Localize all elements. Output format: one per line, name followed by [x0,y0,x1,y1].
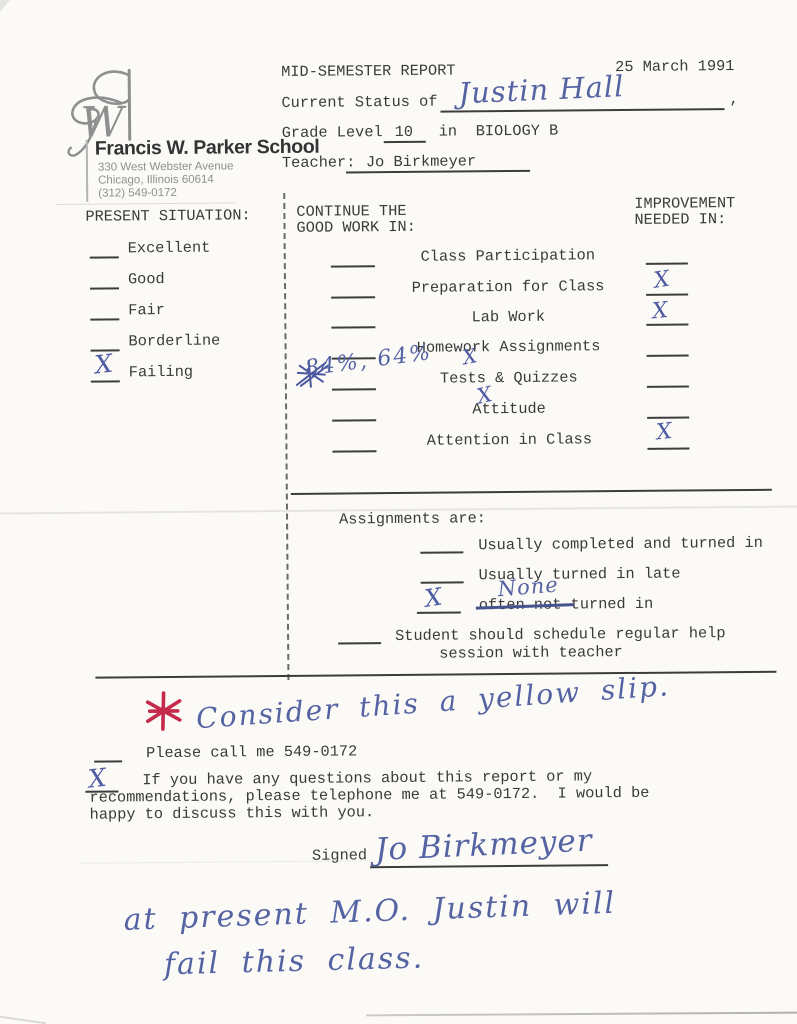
often-not-check-mark: X [423,583,444,613]
checkbox-line [338,630,381,644]
checkbox-line [94,748,122,762]
continue-heading-line2: GOOD WORK IN: [296,219,415,236]
grade-conjunction: in [439,123,457,139]
improvement-line [647,342,689,356]
improvement-check-mark: X [655,419,673,446]
assignment-option: Usually completed and turned in [478,535,763,553]
skill-label: Attention in Class [384,431,634,449]
grade-level-value: 10 [395,124,413,140]
footer-note-line1: at present M.O. Justin will [123,886,617,938]
skill-label: Lab Work [383,308,633,326]
school-address-line: 330 West Webster Avenue [98,160,234,173]
questions-text-line3: happy to discuss this with you. [90,804,375,822]
red-asterisk-icon [144,690,184,732]
course-name: BIOLOGY B [476,123,559,140]
section-rule-bottom [95,671,776,679]
checkbox-line [421,569,464,583]
footer-note-line2: fail this class. [164,941,425,983]
good-work-line [331,314,375,328]
after-name-comma: , [729,91,738,107]
good-work-line [332,438,376,452]
signed-label: Signed [312,847,367,863]
improvement-line [647,373,689,387]
option-fair: Fair [128,302,165,318]
skill-label: Preparation for Class [383,278,633,296]
present-situation-heading: PRESENT SITUATION: [85,207,250,224]
skill-label: Tests & Quizzes [384,369,634,387]
checkbox-line [420,539,463,553]
good-work-line [332,376,376,390]
checkbox-line [90,304,119,320]
good-work-line [332,407,376,421]
improvement-heading-line2: NEEDED IN: [634,211,726,228]
none-note: None [497,573,560,602]
assignments-heading: Assignments are: [339,510,486,527]
yellow-slip-note: Consider this a yellow slip. [195,669,671,735]
section-rule-top [291,489,772,495]
report-title: MID-SEMESTER REPORT [281,62,456,80]
scanned-report-page: W Francis W. Parker School 330 West Webs… [0,0,797,1024]
assignment-option-line2: session with teacher [439,644,623,662]
improvement-line [646,250,688,264]
assignment-option-line1: Student should schedule regular help [395,625,726,644]
please-call-option: Please call me 549-0172 [146,743,357,761]
option-excellent: Excellent [128,240,211,257]
teacher-name: Jo Birkmeyer [366,153,476,170]
skill-label: Class Participation [383,247,633,265]
school-phone: (312) 549-0172 [98,187,177,200]
checkbox-line [90,242,119,258]
rest-text: turned in [561,595,653,614]
improvement-line [647,404,689,418]
good-work-line [331,253,375,267]
school-address-line: Chicago, Illinois 60614 [98,174,214,187]
grade-level-label: Grade Level [282,124,383,141]
column-divider-dashed [283,193,289,680]
report-date: 25 March 1991 [615,58,734,75]
option-failing: Failing [129,364,193,381]
failing-check-mark: X [93,349,114,380]
teacher-label: Teacher: [282,154,356,171]
improvement-check-mark: X [652,267,671,294]
skill-label: Attitude [384,400,634,418]
good-work-line [331,284,375,298]
option-good: Good [128,271,165,287]
checkbox-line [90,273,119,289]
option-borderline: Borderline [128,333,220,350]
student-name-handwritten: Justin Hall [458,69,625,110]
improvement-check-mark: X [651,298,669,324]
current-status-label: Current Status of [281,94,437,111]
